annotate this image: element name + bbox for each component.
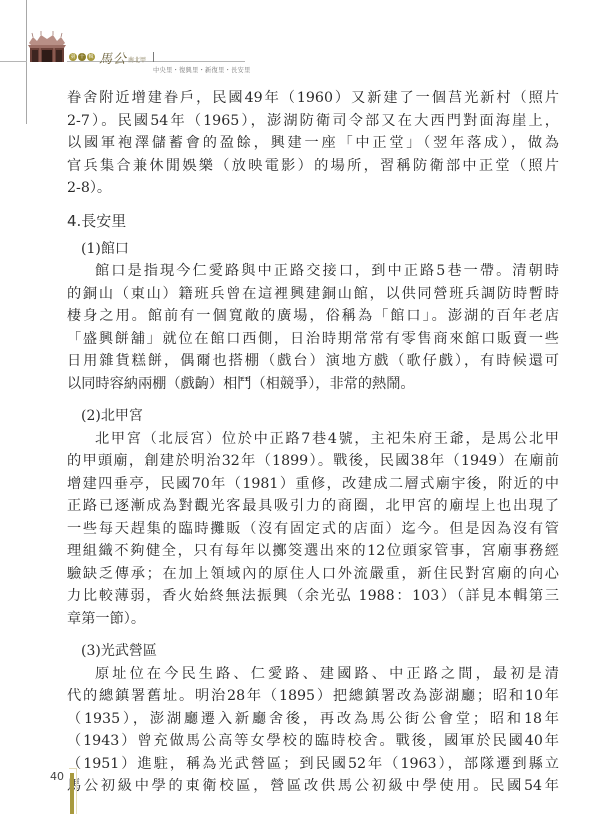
- margin-vertical-rule: [26, 0, 27, 124]
- text-line: 以國軍袍澤儲蓄會的盈餘，興建一座「中正堂」（翌年落成），做為: [67, 132, 559, 155]
- text-line: 眷舍附近增建眷戶，民國49年（1960）又新建了一個莒光新村（照片: [67, 87, 559, 110]
- text-line: 2-7）。民國54年（1965），澎湖防衛司令部又在大西門對面海崖上，: [67, 110, 559, 133]
- subsection-title: (3)光武營區: [67, 640, 559, 663]
- section-title: 4.長安里: [67, 210, 559, 232]
- book-subtitle: 南北甲: [128, 55, 146, 64]
- subsection-title: (1)館口: [67, 238, 559, 261]
- volume-badge: 輯: [87, 53, 95, 61]
- subsection-guangwu-camp: (3)光武營區 原址位在今民生路、仁愛路、建國路、中正路之間，最初是清 代的總鎮…: [67, 640, 559, 798]
- text-line: 馬公初級中學的東衛校區，營區改供馬公初級中學使用。民國54年: [67, 775, 559, 798]
- volume-badge: 十: [78, 53, 86, 61]
- text-line: 「盛興餅舖」就位在館口西側，日治時期常常有零售商來館口販賣一些: [67, 328, 559, 351]
- text-line: 的銅山（東山）籍班兵曾在這裡興建銅山館，以供同營班兵調防時暫時: [67, 283, 559, 306]
- subsection-title: (2)北甲宮: [67, 405, 559, 428]
- text-line: 一些每天趕集的臨時攤販（沒有固定式的店面）迄今。但是因為沒有管: [67, 518, 559, 541]
- page-number: 40: [50, 770, 64, 783]
- text-line: 章第一節）。: [67, 608, 559, 631]
- header-villages: 中央里・復興里・新復里・長安里: [153, 65, 250, 74]
- text-line: 力比較薄弱，香火始終無法振興（余光弘 1988：103）（詳見本輯第三: [67, 585, 559, 608]
- text-line: 原址位在今民生路、仁愛路、建國路、中正路之間，最初是清: [67, 663, 559, 686]
- text-line: 的甲頭廟，創建於明治32年（1899）。戰後，民國38年（1949）在廟前: [67, 450, 559, 473]
- text-line: 館口是指現今仁愛路與中正路交接口，到中正路5巷一帶。清朝時: [67, 260, 559, 283]
- temple-photo-icon: [27, 31, 67, 62]
- text-line: 正路已逐漸成為對觀光客最具吸引力的商圈，北甲宮的廟埕上也出現了: [67, 495, 559, 518]
- text-line: 棲身之用。館前有一個寬敞的廣場，俗稱為「館口」。澎湖的百年老店: [67, 305, 559, 328]
- text-line: （1951）進駐，稱為光武營區；到民國52年（1963），部隊遷到縣立: [67, 753, 559, 776]
- body-content: 眷舍附近增建眷戶，民國49年（1960）又新建了一個莒光新村（照片 2-7）。民…: [67, 87, 559, 798]
- text-line: 理組織不夠健全，只有每年以擲筊選出來的12位頭家管事，宮廟事務經: [67, 540, 559, 563]
- text-line: 北甲宮（北辰宮）位於中正路7巷4號，主祀朱府王爺，是馬公北甲: [67, 428, 559, 451]
- text-line: 日用雜貨糕餅，偶爾也搭棚（戲台）演地方戲（歌仔戲），有時候還可: [67, 350, 559, 373]
- text-line: 以同時容納兩棚（戲齣）相鬥（相競爭），非常的熱鬧。: [67, 373, 559, 396]
- volume-badges: 第 十 輯: [69, 53, 95, 61]
- text-line: 增建四垂亭，民國70年（1981）重修，改建成二層式廟宇後，附近的中: [67, 473, 559, 496]
- subsection-guankou: (1)館口 館口是指現今仁愛路與中正路交接口，到中正路5巷一帶。清朝時 的銅山（…: [67, 238, 559, 396]
- text-line: （1935），澎湖廳遷入新廳舍後，再改為馬公街公會堂；昭和18年: [67, 708, 559, 731]
- text-line: 官兵集合兼休閒娛樂（放映電影）的場所，習稱防衛部中正堂（照片: [67, 155, 559, 178]
- text-line: （1943）曾充做馬公高等女學校的臨時校舍。戰後，國軍於民國40年: [67, 730, 559, 753]
- header-rule-tick: [153, 52, 154, 62]
- text-line: 驗缺乏傳承；在加上領域內的原住人口外流嚴重，新住民對宮廟的向心: [67, 563, 559, 586]
- book-title: 馬公: [99, 48, 127, 67]
- footer-accent-bar: [70, 773, 74, 814]
- text-line: 代的總鎮署舊址。明治28年（1895）把總鎮署改為澎湖廳；昭和10年: [67, 685, 559, 708]
- volume-badge: 第: [69, 53, 77, 61]
- text-line: 2-8）。: [67, 177, 559, 200]
- intro-paragraph: 眷舍附近增建眷戶，民國49年（1960）又新建了一個莒光新村（照片 2-7）。民…: [67, 87, 559, 200]
- subsection-beijiagong: (2)北甲宮 北甲宮（北辰宮）位於中正路7巷4號，主祀朱府王爺，是馬公北甲 的甲…: [67, 405, 559, 630]
